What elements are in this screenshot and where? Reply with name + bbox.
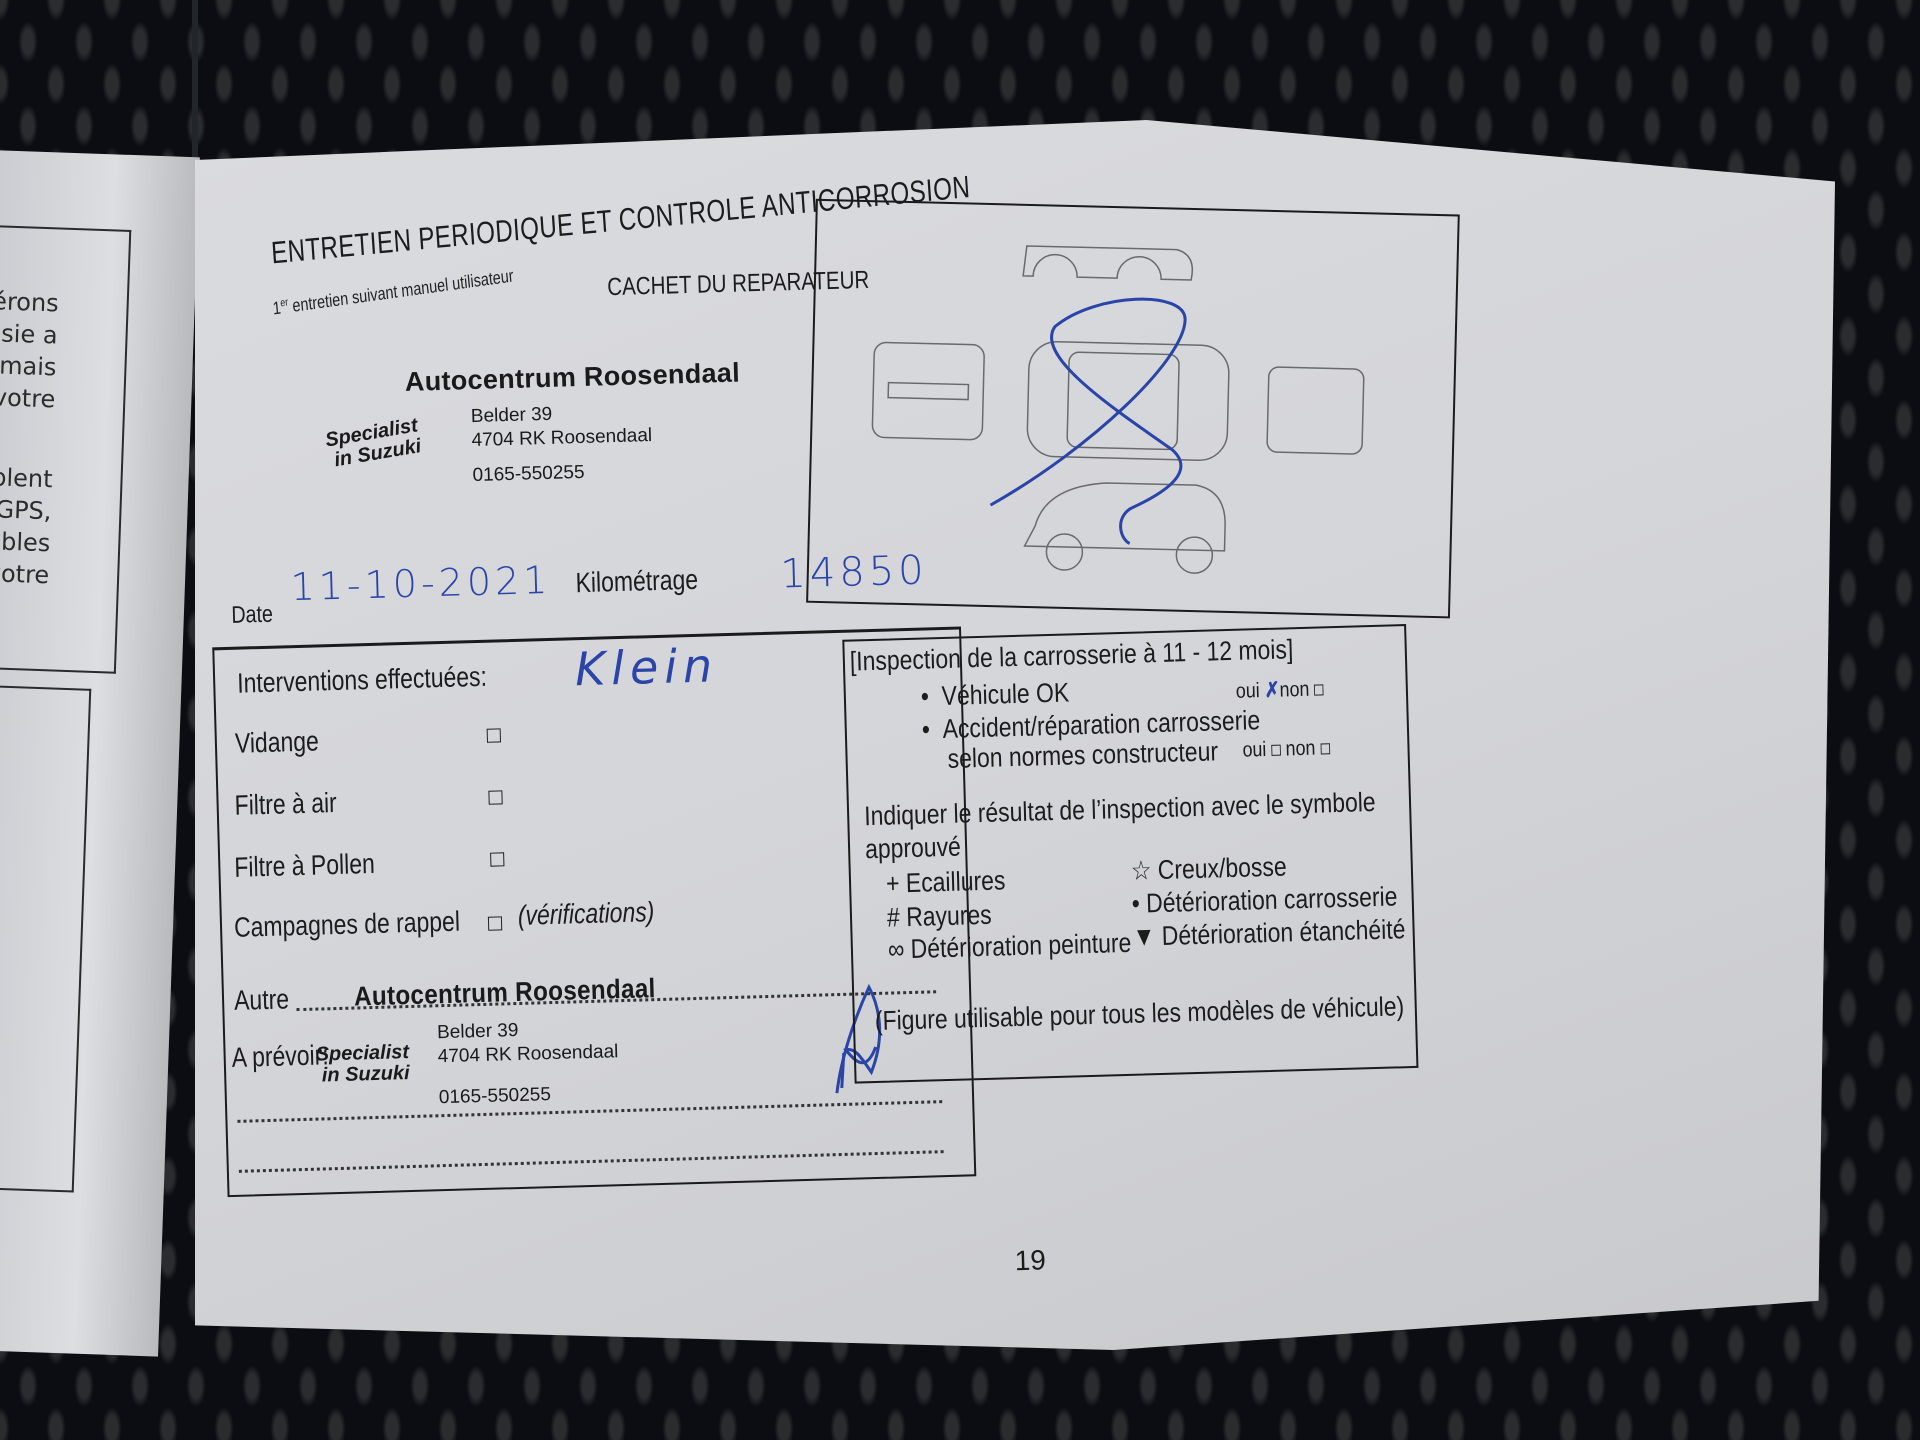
seat-seam [192, 0, 198, 170]
left-text-line: espérons [0, 286, 59, 318]
oui-checkbox[interactable] [1271, 745, 1281, 756]
oui-checkbox-checked[interactable]: ✗ [1264, 679, 1280, 702]
bullet-icon: • [920, 681, 942, 712]
symbol-label: Rayures [906, 900, 992, 932]
stamp-phone: 0165-550255 [439, 1084, 552, 1109]
symbol-label: Détérioration peinture [910, 928, 1131, 964]
interventions-handwritten[interactable]: Klein [574, 638, 719, 696]
stamp-city: 4704 RK Roosendaal [437, 1040, 618, 1069]
km-label: Kilométrage [575, 564, 698, 599]
interventions-heading: Interventions effectuées: [237, 661, 488, 700]
left-text-line: ec votre [0, 382, 56, 413]
left-text-line: du GPS, [0, 494, 52, 525]
stamp-specialist-line2: in Suzuki [316, 1063, 410, 1087]
item-filtre-air-label: Filtre à air [234, 787, 337, 822]
prevoir-dotted-line-2[interactable] [239, 1150, 944, 1173]
symbol-etancheite: ▼ Détérioration étanchéité [1132, 914, 1406, 953]
handwritten-mark [990, 295, 1186, 544]
stamp-city: 4704 RK Roosendaal [471, 424, 652, 453]
symbol-creux: ☆ Creux/bosse [1130, 851, 1287, 886]
stamp-name: Autocentrum Roosendaal [354, 973, 656, 1012]
left-text-line: ues mais [0, 350, 57, 382]
stamp-specialist: Specialist in Suzuki [324, 415, 423, 472]
hash-icon: # [887, 902, 901, 932]
car-rear-view [1267, 367, 1364, 454]
symbol-peinture: ∞ Détérioration peinture [888, 928, 1132, 966]
left-empty-box [0, 685, 91, 1193]
item-filtre-pollen-checkbox[interactable] [490, 852, 504, 866]
page-subtitle: 1er entretien suivant manuel utilisateur [272, 265, 515, 319]
autre-label: Autre [234, 983, 290, 1017]
left-text-line: ponibles [0, 526, 51, 558]
stamp-address: Belder 39 4704 RK Roosendaal [471, 400, 653, 453]
non-checkbox[interactable] [1320, 743, 1330, 754]
subtitle-text: entretien suivant manuel utilisateur [288, 265, 515, 316]
stamp-phone: 0165-550255 [472, 462, 585, 487]
item-campagnes-label: Campagnes de rappel [234, 906, 461, 944]
car-top-view [1027, 341, 1230, 461]
car-side-inverted [1023, 246, 1193, 280]
plus-icon: + [886, 868, 900, 898]
vehicle-diagram-box [806, 199, 1460, 619]
stamp-address: Belder 39 4704 RK Roosendaal [437, 1016, 619, 1069]
inspection-heading: [Inspection de la carrosserie à 11 - 12 … [849, 634, 1293, 677]
oui-label: oui [1236, 679, 1260, 703]
inspection-box: [Inspection de la carrosserie à 11 - 12 … [842, 624, 1418, 1084]
left-text-line: semblent [0, 461, 53, 493]
prevoir-dotted-line-1[interactable] [237, 1100, 942, 1123]
symbol-carrosserie: • Détérioration carrosserie [1131, 881, 1397, 919]
item-vidange-label: Vidange [234, 725, 319, 759]
inspection-row-vehicule: • Véhicule OK [920, 677, 1069, 712]
item-filtre-pollen-label: Filtre à Pollen [234, 848, 375, 884]
item-vidange-checkbox[interactable] [487, 728, 501, 742]
non-checkbox[interactable] [1314, 684, 1324, 695]
date-value[interactable]: 11-10-2021 [290, 558, 552, 609]
non-label: non [1279, 678, 1309, 702]
non-label: non [1285, 737, 1315, 761]
star-icon: ☆ [1130, 855, 1151, 886]
left-text-line: de votre [0, 558, 50, 589]
item-campagnes-note: (vérifications) [517, 896, 654, 932]
inspection-footnote: (Figure utilisable pour tous les modèles… [875, 991, 1405, 1037]
symbol-label: Détérioration carrosserie [1146, 881, 1398, 918]
accident-label-line2: selon normes constructeur [947, 736, 1218, 775]
inspection-instruction: Indiquer le résultat de l’inspection ave… [864, 787, 1376, 832]
dot-icon: • [1131, 889, 1140, 919]
infinity-icon: ∞ [888, 934, 905, 964]
symbol-rayures: # Rayures [887, 900, 992, 934]
vehicule-ok-label: Véhicule OK [941, 677, 1069, 711]
symbol-label: Ecaillures [905, 865, 1005, 898]
maintenance-page: ENTRETIEN PERIODIQUE ET CONTROLE ANTICOR… [195, 120, 1835, 1350]
vehicle-diagram [808, 201, 1458, 617]
stamp-name: Autocentrum Roosendaal [404, 358, 740, 398]
prevoir-label: A prévoir: [231, 1039, 329, 1074]
oui-label: oui [1242, 738, 1266, 762]
item-campagnes-checkbox[interactable] [488, 916, 502, 930]
left-text-box: espérons urtoisie a ues mais ec votre se… [0, 225, 131, 674]
item-filtre-air-checkbox[interactable] [488, 790, 502, 804]
vehicule-ok-options: oui ✗non [1236, 676, 1325, 703]
bullet-icon: • [921, 714, 943, 745]
symbol-label: Creux/bosse [1157, 851, 1287, 885]
symbol-label: Détérioration étanchéité [1161, 914, 1405, 951]
left-text-line: urtoisie a [0, 318, 58, 350]
date-label: Date [231, 601, 273, 630]
symbol-ecaillures: + Ecaillures [886, 865, 1006, 899]
accident-options: oui non [1242, 736, 1330, 762]
stamp-specialist: Specialist in Suzuki [315, 1042, 410, 1087]
inspection-instruction-2: approuvé [865, 832, 962, 866]
page-number: 19 [1014, 1244, 1046, 1277]
triangle-down-icon: ▼ [1132, 921, 1156, 952]
